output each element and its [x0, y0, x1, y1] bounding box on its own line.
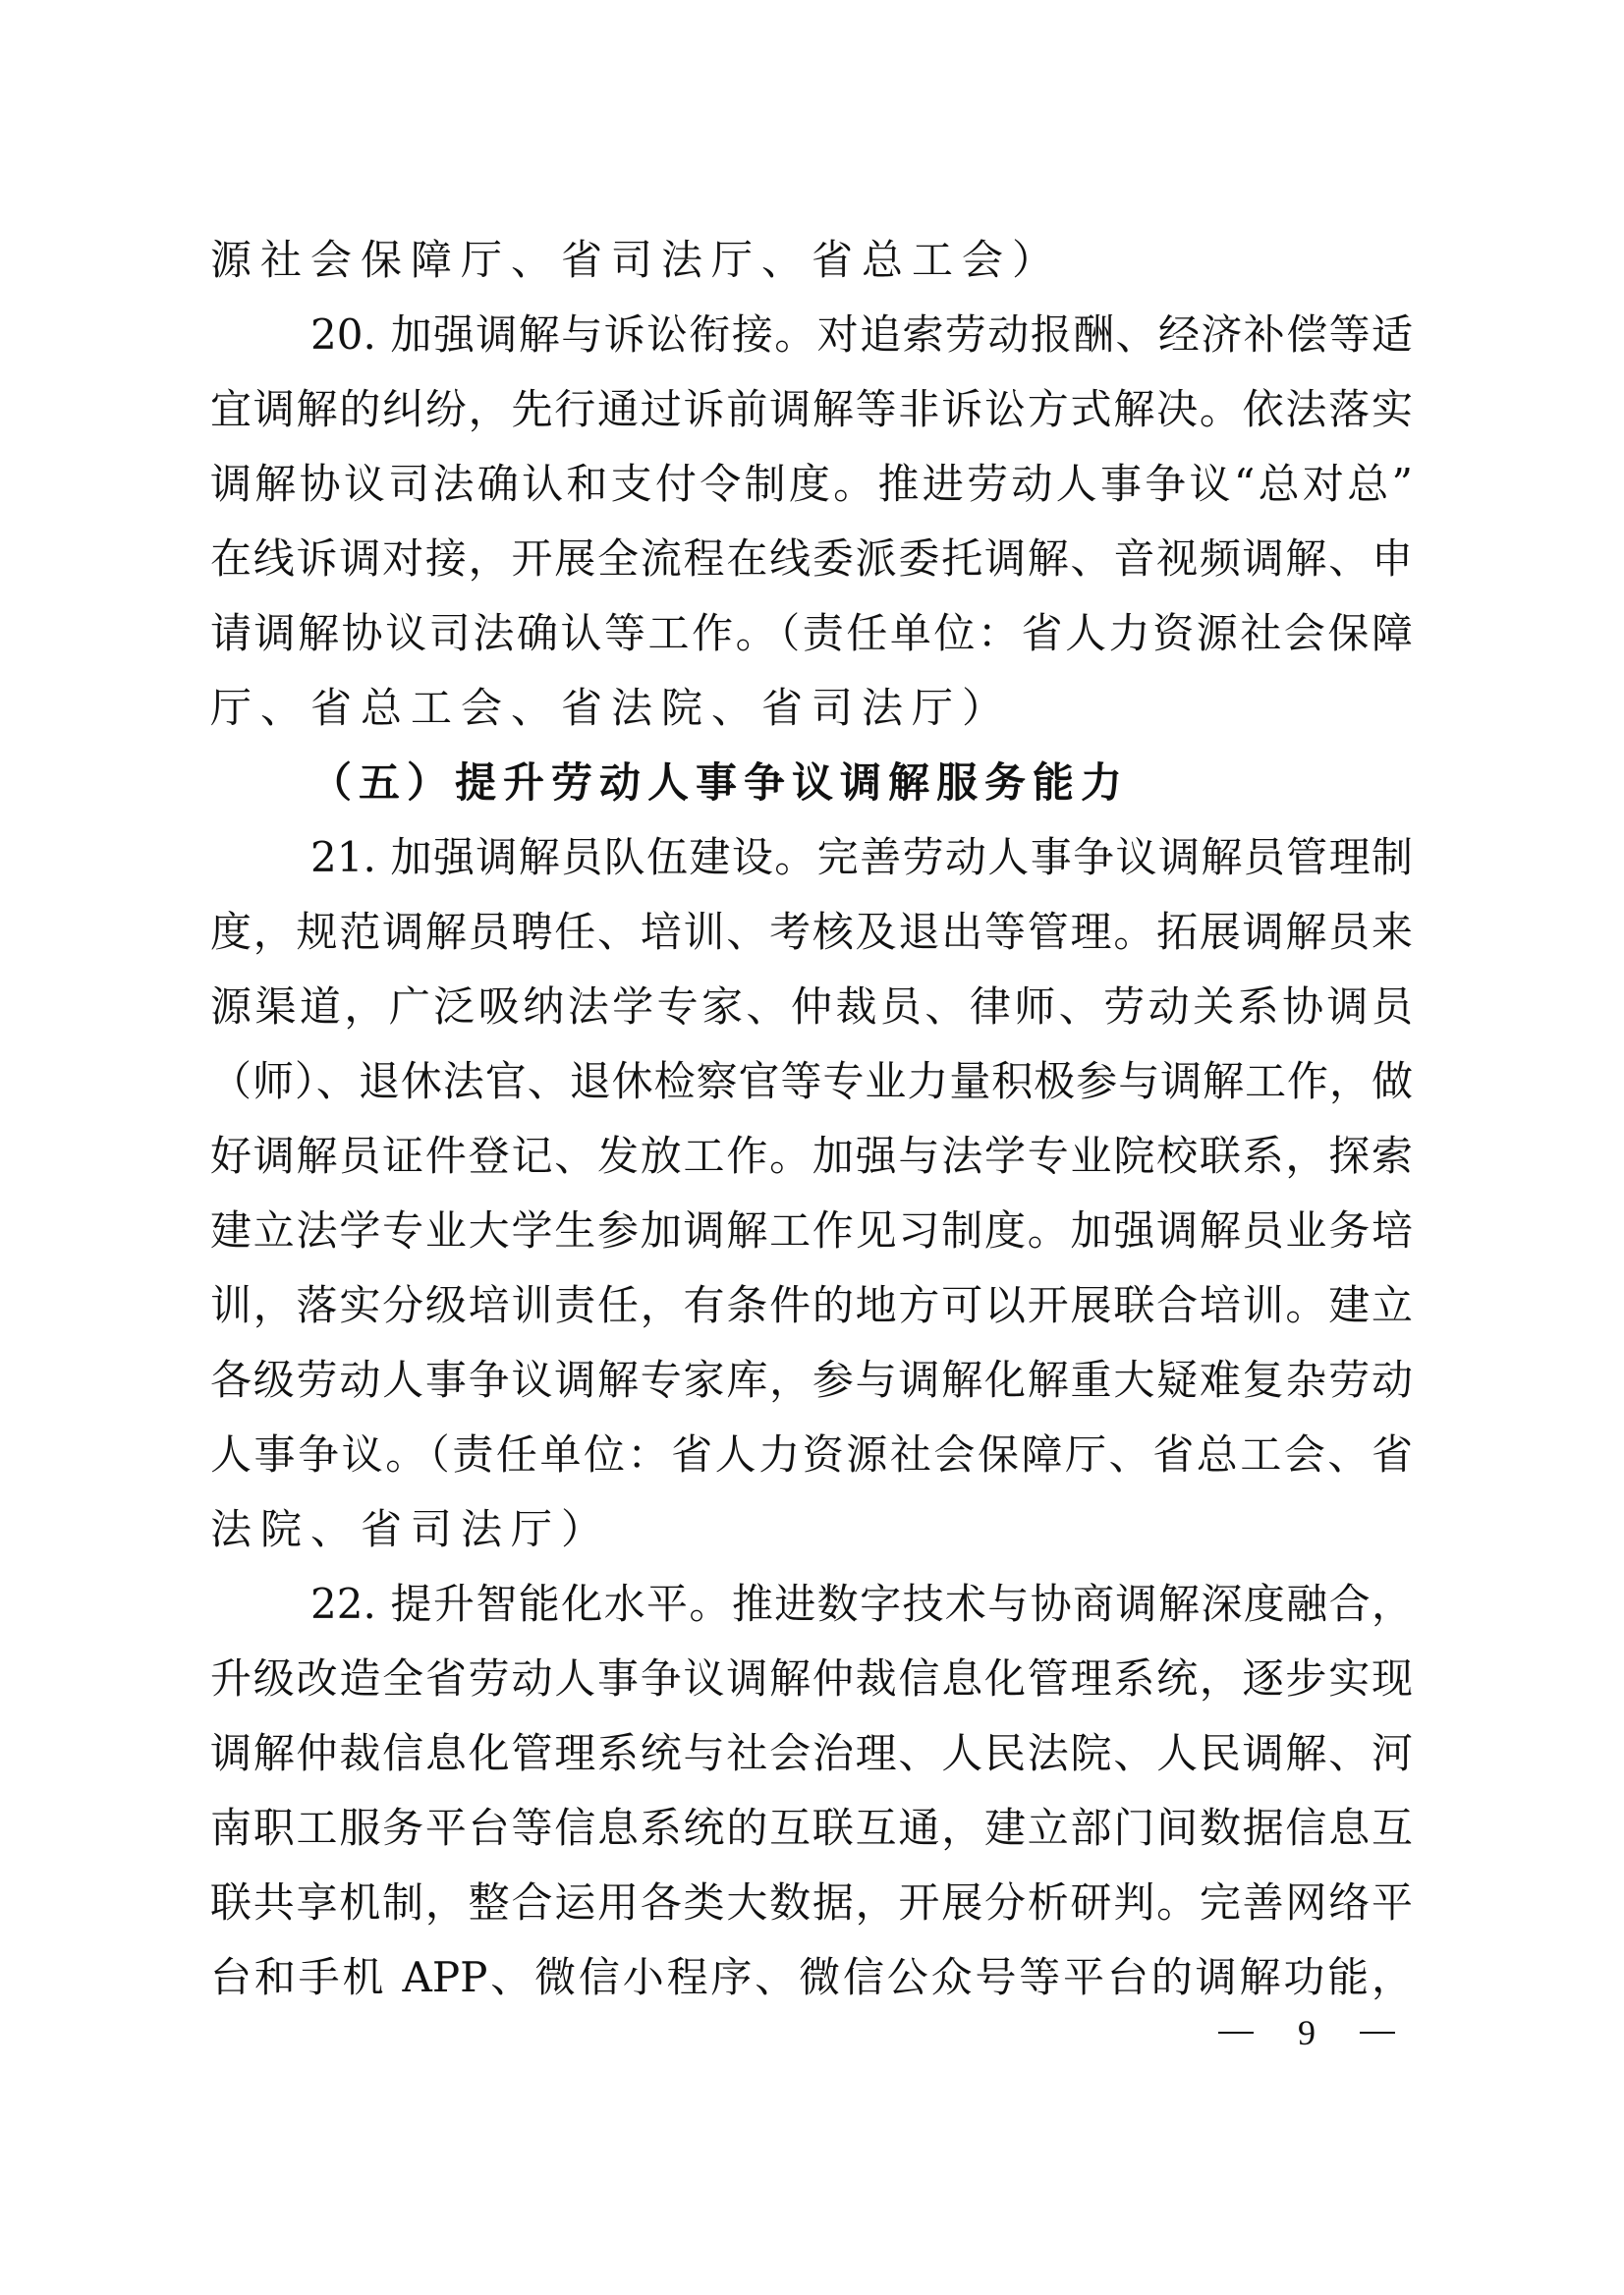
document-page: 源社会保障厅、省司法厅、省总工会） 20. 加强调解与诉讼衔接。对追索劳动报酬、…: [0, 0, 1624, 2295]
text-line: 在线诉调对接，开展全流程在线委派委托调解、音视频调解、申: [210, 522, 1413, 596]
document-body: 源社会保障厅、省司法厅、省总工会） 20. 加强调解与诉讼衔接。对追索劳动报酬、…: [210, 223, 1413, 2015]
text-line: 好调解员证件登记、发放工作。加强与法学专业院校联系，探索: [210, 1119, 1413, 1194]
text-line: 升级改造全省劳动人事争议调解仲裁信息化管理系统，逐步实现: [210, 1642, 1413, 1716]
text-line: 人事争议。（责任单位：省人力资源社会保障厅、省总工会、省: [210, 1418, 1413, 1492]
text-line: 法院、省司法厅）: [210, 1492, 1413, 1567]
text-line: 源渠道，广泛吸纳法学专家、仲裁员、律师、劳动关系协调员: [210, 970, 1413, 1044]
text-line: 台和手机 APP、微信小程序、微信公众号等平台的调解功能，: [210, 1940, 1413, 2015]
dash-right: [1360, 2032, 1395, 2034]
text-line: 各级劳动人事争议调解专家库，参与调解化解重大疑难复杂劳动: [210, 1343, 1413, 1418]
paragraph-20-start: 20. 加强调解与诉讼衔接。对追索劳动报酬、经济补偿等适: [210, 298, 1413, 372]
text-line: 请调解协议司法确认等工作。（责任单位：省人力资源社会保障: [210, 596, 1413, 671]
text-line: 南职工服务平台等信息系统的互联互通，建立部门间数据信息互: [210, 1791, 1413, 1866]
paragraph-22-start: 22. 提升智能化水平。推进数字技术与协商调解深度融合，: [210, 1567, 1413, 1642]
text-line: 调解仲裁信息化管理系统与社会治理、人民法院、人民调解、河: [210, 1716, 1413, 1791]
text-line: 调解协议司法确认和支付令制度。推进劳动人事争议“总对总”: [210, 447, 1413, 522]
text-line: 宜调解的纠纷，先行通过诉前调解等非诉讼方式解决。依法落实: [210, 372, 1413, 447]
text-line: 度，规范调解员聘任、培训、考核及退出等管理。拓展调解员来: [210, 895, 1413, 970]
section-heading: （五）提升劳动人事争议调解服务能力: [210, 746, 1413, 820]
page-number-footer: 9: [1218, 2012, 1395, 2053]
text-line: 建立法学专业大学生参加调解工作见习制度。加强调解员业务培: [210, 1194, 1413, 1268]
dash-left: [1218, 2032, 1254, 2034]
text-line: （师）、退休法官、退休检察官等专业力量积极参与调解工作，做: [210, 1044, 1413, 1119]
paragraph-21-start: 21. 加强调解员队伍建设。完善劳动人事争议调解员管理制: [210, 820, 1413, 895]
text-line: 源社会保障厅、省司法厅、省总工会）: [210, 223, 1413, 298]
text-line: 厅、省总工会、省法院、省司法厅）: [210, 671, 1413, 746]
page-number: 9: [1298, 2012, 1316, 2053]
text-line: 联共享机制，整合运用各类大数据，开展分析研判。完善网络平: [210, 1866, 1413, 1940]
text-line: 训，落实分级培训责任，有条件的地方可以开展联合培训。建立: [210, 1268, 1413, 1343]
